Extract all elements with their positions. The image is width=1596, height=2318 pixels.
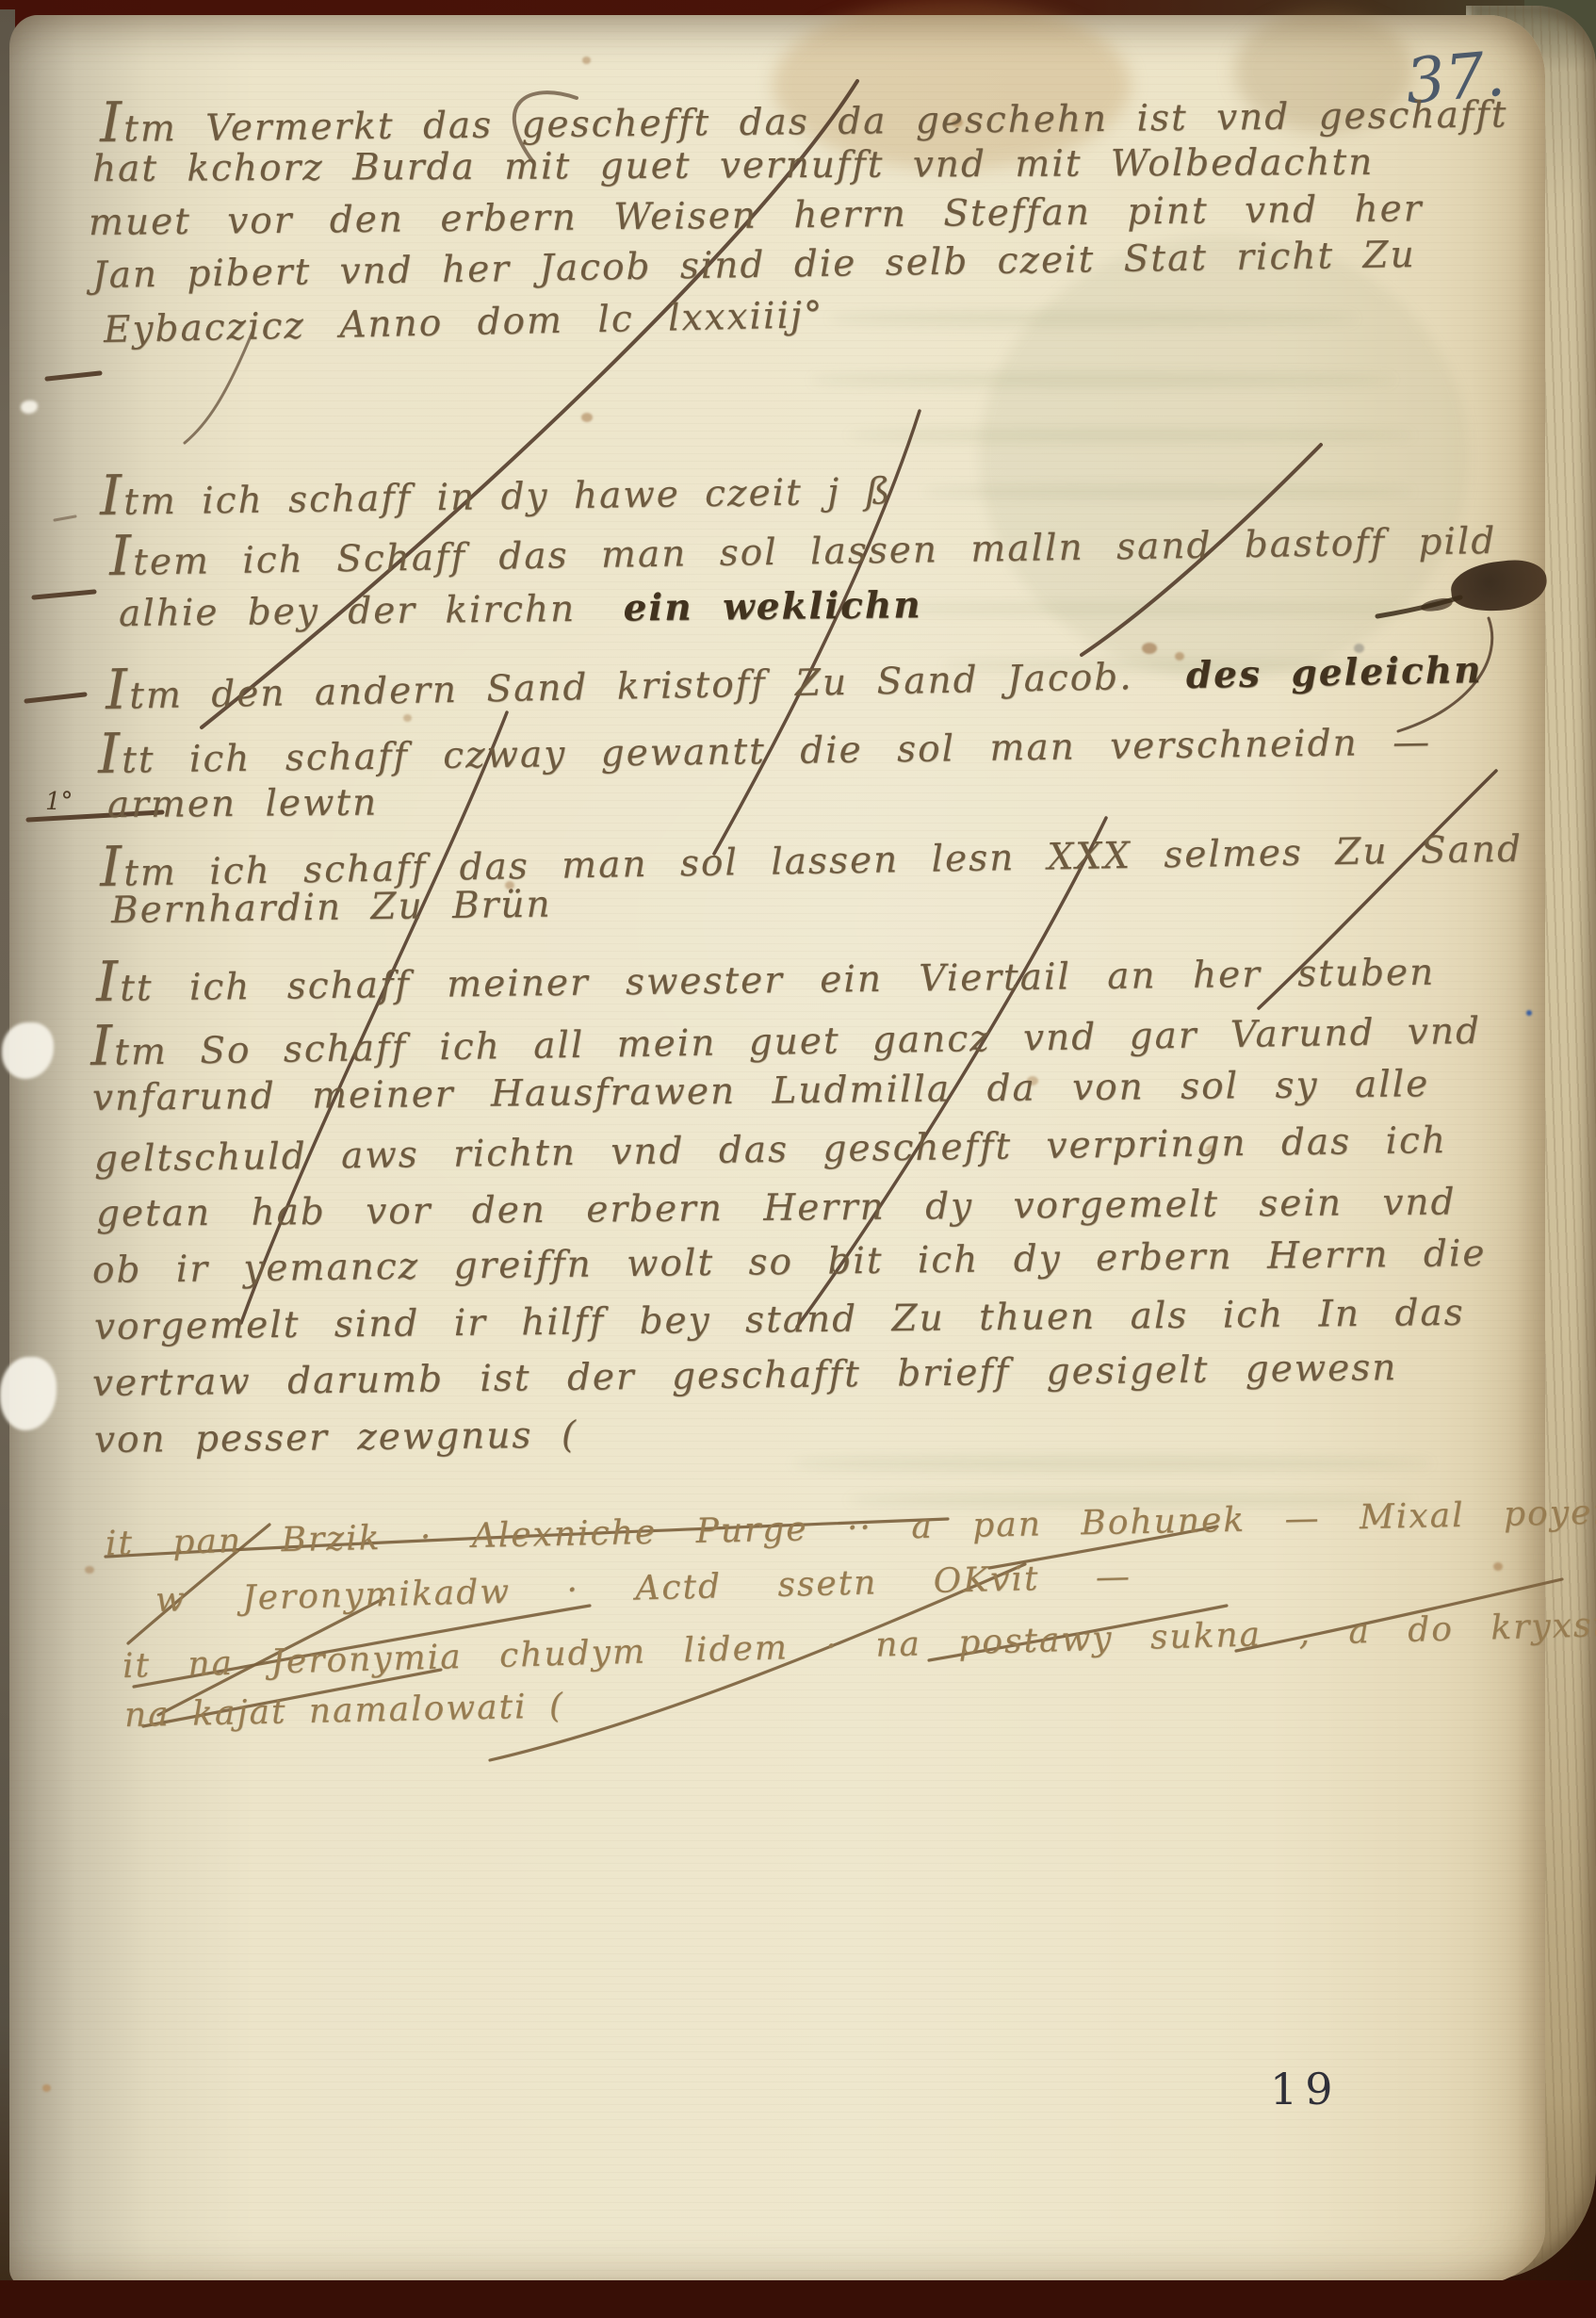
text-line-opening-5: Eybaczicz Anno dom lc lxxxiiij°: [104, 294, 824, 351]
text-line-body-9: von pesser zewgnus (: [94, 1414, 578, 1461]
margin-note: 1°: [45, 788, 73, 816]
text-line-body-8: vertraw darumb ist der geschafft brieff …: [92, 1347, 1398, 1405]
text-line-bequest-gewant-2: armen lewtn: [107, 781, 379, 826]
cancelled-line-1: it pan Brzik · Alexniche Purge ·· a pan …: [106, 1494, 1596, 1563]
page-text-layer: 37. 19 1° Itm Vermerkt das geschefft das…: [0, 0, 1596, 2318]
text-line-bequest-bastoff-2: alhie bey der kirchn ein weklichn: [119, 583, 922, 635]
text-line-body-7: vorgemelt sind ir hilff bey stand Zu thu…: [94, 1292, 1465, 1348]
text-line-body-5: getan hab vor den erbern Herrn dy vorgem…: [96, 1181, 1457, 1235]
text-line-body-4: geltschuld aws richtn vnd das geschefft …: [94, 1119, 1448, 1181]
cancelled-line-4: na kajat namalowati (: [124, 1687, 565, 1735]
text-line-opening-3: muet vor den erbern Weisen herrn Steffan…: [89, 188, 1424, 244]
bequest-kristoff-addition: des geleichn: [1185, 648, 1482, 697]
bequest-inserted-words: ein weklichn: [623, 583, 922, 629]
cancelled-line-2: w Jeronymikadw · Actd ssetn OKvit —: [155, 1558, 1132, 1620]
text-line-opening-4: Jan pibert vnd her Jacob sind die selb c…: [92, 234, 1416, 297]
cancelled-line-3: it na Jeronymia chudym lidem · na postaw…: [122, 1604, 1596, 1686]
text-line-bequest-selmess-2: Bernhardin Zu Brün: [111, 883, 552, 932]
manuscript-scan: 37. 19 1° Itm Vermerkt das geschefft das…: [0, 0, 1596, 2318]
text-line-opening-2: hat kchorz Burda mit guet vernufft vnd m…: [92, 141, 1374, 190]
text-line-body-6: ob ir yemancz greiffn wolt so bit ich dy…: [92, 1232, 1487, 1292]
bequest-bastoff-2-text: alhie bey der kirchn: [119, 588, 577, 635]
page-stamp-number: 19: [1270, 2064, 1341, 2114]
